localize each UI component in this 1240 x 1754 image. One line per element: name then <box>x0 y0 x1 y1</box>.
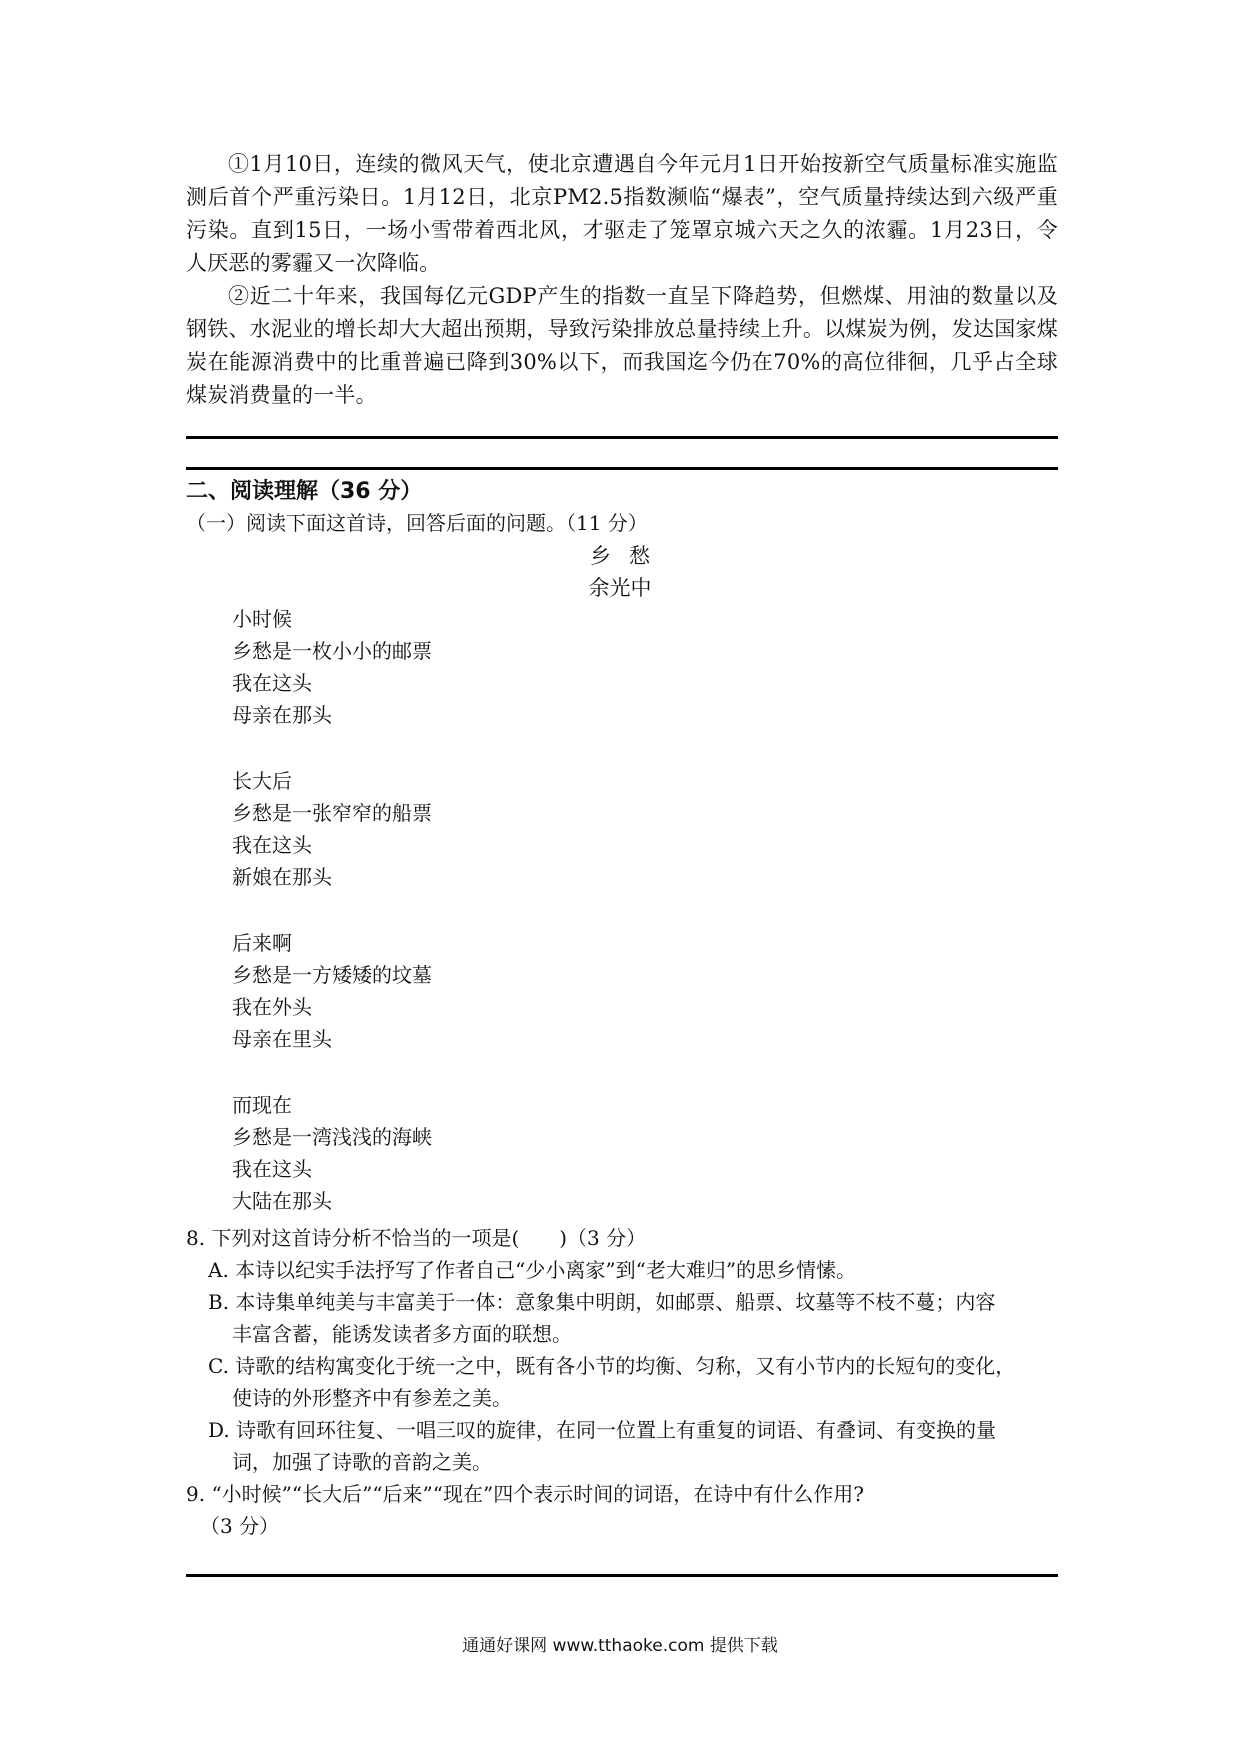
poem-line: 我在这头 <box>232 668 312 698</box>
question-8-option-c: C. 诗歌的结构寓变化于统一之中，既有各小节的均衡、匀称，又有小节内的长短句的变… <box>208 1350 1058 1382</box>
poem-line: 我在这头 <box>232 830 312 860</box>
exam-page: ①1月10日，连续的微风天气，使北京遭遇自今年元月1日开始按新空气质量标准实施监… <box>0 0 1240 1754</box>
question-8-option-a: A. 本诗以纪实手法抒写了作者自己“少小离家”到“老大难归”的思乡情愫。 <box>208 1254 1058 1286</box>
poem-line: 长大后 <box>232 766 292 796</box>
passage-paragraph-2: ②近二十年来，我国每亿元GDP产生的指数一直呈下降趋势，但燃煤、用油的数量以及钢… <box>186 280 1058 412</box>
section-heading: 二、阅读理解（36 分） <box>186 477 422 507</box>
question-9-stem: 9. “小时候”“长大后”“后来”“现在”四个表示时间的词语，在诗中有什么作用? <box>186 1478 1058 1510</box>
poem-line: 后来啊 <box>232 928 292 958</box>
poem-line: 乡愁是一枚小小的邮票 <box>232 636 432 666</box>
passage-paragraph-1: ①1月10日，连续的微风天气，使北京遭遇自今年元月1日开始按新空气质量标准实施监… <box>186 148 1058 280</box>
poem-line: 而现在 <box>232 1090 292 1120</box>
poem-title: 乡愁 <box>0 541 1240 571</box>
poem-line: 我在外头 <box>232 992 312 1022</box>
poem-line: 新娘在那头 <box>232 862 332 892</box>
question-8-option-d-cont: 词，加强了诗歌的音韵之美。 <box>232 1446 1058 1478</box>
part-instruction: （一）阅读下面这首诗，回答后面的问题。（11 分） <box>186 508 648 538</box>
poem-author: 余光中 <box>0 573 1240 603</box>
poem-line: 我在这头 <box>232 1154 312 1184</box>
poem-line: 乡愁是一方矮矮的坟墓 <box>232 960 432 990</box>
poem-line: 乡愁是一湾浅浅的海峡 <box>232 1122 432 1152</box>
question-8-option-b: B. 本诗集单纯美与丰富美于一体：意象集中明朗，如邮票、船票、坟墓等不枝不蔓；内… <box>208 1286 1058 1318</box>
section-divider <box>186 467 1058 470</box>
answer-line-divider <box>186 436 1058 439</box>
question-9-score: （3 分） <box>200 1510 1072 1542</box>
question-8-option-c-cont: 使诗的外形整齐中有参差之美。 <box>232 1382 1058 1414</box>
question-8-stem: 8. 下列对这首诗分析不恰当的一项是( )（3 分） <box>186 1222 1058 1254</box>
question-8-option-d: D. 诗歌有回环往复、一唱三叹的旋律，在同一位置上有重复的词语、有叠词、有变换的… <box>208 1414 1058 1446</box>
answer-line <box>186 1574 1058 1577</box>
poem-line: 母亲在那头 <box>232 700 332 730</box>
poem-line: 乡愁是一张窄窄的船票 <box>232 798 432 828</box>
poem-line: 大陆在那头 <box>232 1186 332 1216</box>
footer-watermark: 通通好课网 www.tthaoke.com 提供下载 <box>0 1634 1240 1658</box>
poem-line: 母亲在里头 <box>232 1024 332 1054</box>
question-8-option-b-cont: 丰富含蓄，能诱发读者多方面的联想。 <box>232 1318 1058 1350</box>
poem-title-text: 乡愁 <box>572 544 668 568</box>
poem-line: 小时候 <box>232 604 292 634</box>
